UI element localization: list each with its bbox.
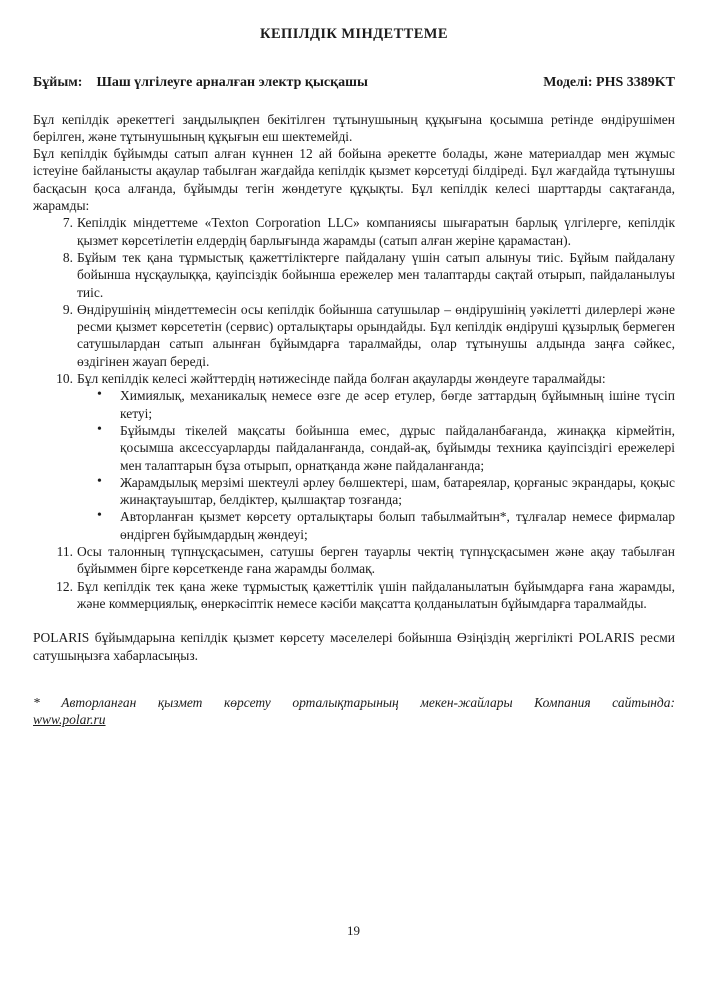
bullet-text: Жарамдылық мерзімі шектеулі әрлеу бөлшек… — [120, 475, 675, 507]
warranty-document-page: КЕПІЛДІК МІНДЕТТЕМЕ Бұйым:Шаш үлгілеуге … — [0, 0, 707, 1000]
list-number: 9. — [33, 301, 73, 318]
intro-paragraph-2: Бұл кепілдік бұйымды сатып алған күннен … — [33, 145, 675, 214]
list-item-text: Бұл кепілдік келесі жәйттердің нәтижесін… — [77, 371, 606, 386]
bullet-marker-icon: • — [97, 421, 102, 438]
bullet-marker-icon: • — [97, 386, 102, 403]
list-item-11: 11. Осы талонның түпнұсқасымен, сатушы б… — [33, 543, 675, 578]
bullet-text: Бұйымды тікелей мақсаты бойынша емес, дұ… — [120, 423, 675, 473]
product-name: Шаш үлгілеуге арналған электр қысқашы — [96, 75, 367, 90]
bullet-item-3: • Жарамдылық мерзімі шектеулі әрлеу бөлш… — [33, 474, 675, 509]
bullet-text: Авторланған қызмет көрсету орталықтары б… — [120, 509, 675, 541]
list-item-text: Өндірушінің міндеттемесін осы кепілдік б… — [77, 302, 675, 369]
product-model-row: Бұйым:Шаш үлгілеуге арналған электр қысқ… — [33, 74, 675, 91]
bullet-item-4: • Авторланған қызмет көрсету орталықтары… — [33, 508, 675, 543]
product-label: Бұйым: — [33, 75, 82, 90]
list-number: 7. — [33, 214, 73, 231]
list-item-7: 7. Кепілдік міндеттеме «Texton Corporati… — [33, 214, 675, 249]
list-item-text: Осы талонның түпнұсқасымен, сатушы берге… — [77, 544, 675, 576]
list-item-10: 10. Бұл кепілдік келесі жәйттердің нәтиж… — [33, 370, 675, 387]
list-item-12: 12. Бұл кепілдік тек қана жеке тұрмыстық… — [33, 578, 675, 613]
footnote: * Авторланған қызмет көрсету орталықтары… — [33, 694, 675, 729]
list-number: 11. — [33, 543, 73, 560]
model-label: Моделі: PHS 3389KT — [543, 74, 675, 91]
company-website-url: www.polar.ru — [33, 712, 106, 727]
bullet-item-2: • Бұйымды тікелей мақсаты бойынша емес, … — [33, 422, 675, 474]
page-number: 19 — [0, 922, 707, 939]
bullet-marker-icon: • — [97, 507, 102, 524]
list-item-9: 9. Өндірушінің міндеттемесін осы кепілді… — [33, 301, 675, 370]
intro-paragraph-1: Бұл кепілдік әрекеттегі заңдылықпен бекі… — [33, 111, 675, 146]
footnote-text: * Авторланған қызмет көрсету орталықтары… — [33, 694, 675, 711]
list-number: 8. — [33, 249, 73, 266]
list-number: 12. — [33, 578, 73, 595]
bullet-item-1: • Химиялық, механикалық немесе өзге де ә… — [33, 387, 675, 422]
bullet-marker-icon: • — [97, 473, 102, 490]
list-item-text: Кепілдік міндеттеме «Texton Corporation … — [77, 215, 675, 247]
list-item-text: Бұл кепілдік тек қана жеке тұрмыстық қаж… — [77, 579, 675, 611]
list-item-8: 8. Бұйым тек қана тұрмыстық қажеттілікте… — [33, 249, 675, 301]
polaris-service-note: POLARIS бұйымдарына кепілдік қызмет көрс… — [33, 629, 675, 664]
page-title: КЕПІЛДІК МІНДЕТТЕМЕ — [33, 26, 675, 43]
bullet-text: Химиялық, механикалық немесе өзге де әсе… — [120, 388, 675, 420]
document-body: Бұл кепілдік әрекеттегі заңдылықпен бекі… — [33, 111, 675, 729]
list-item-text: Бұйым тек қана тұрмыстық қажеттіліктерге… — [77, 250, 675, 300]
list-number: 10. — [33, 370, 73, 387]
product-line: Бұйым:Шаш үлгілеуге арналған электр қысқ… — [33, 74, 368, 91]
